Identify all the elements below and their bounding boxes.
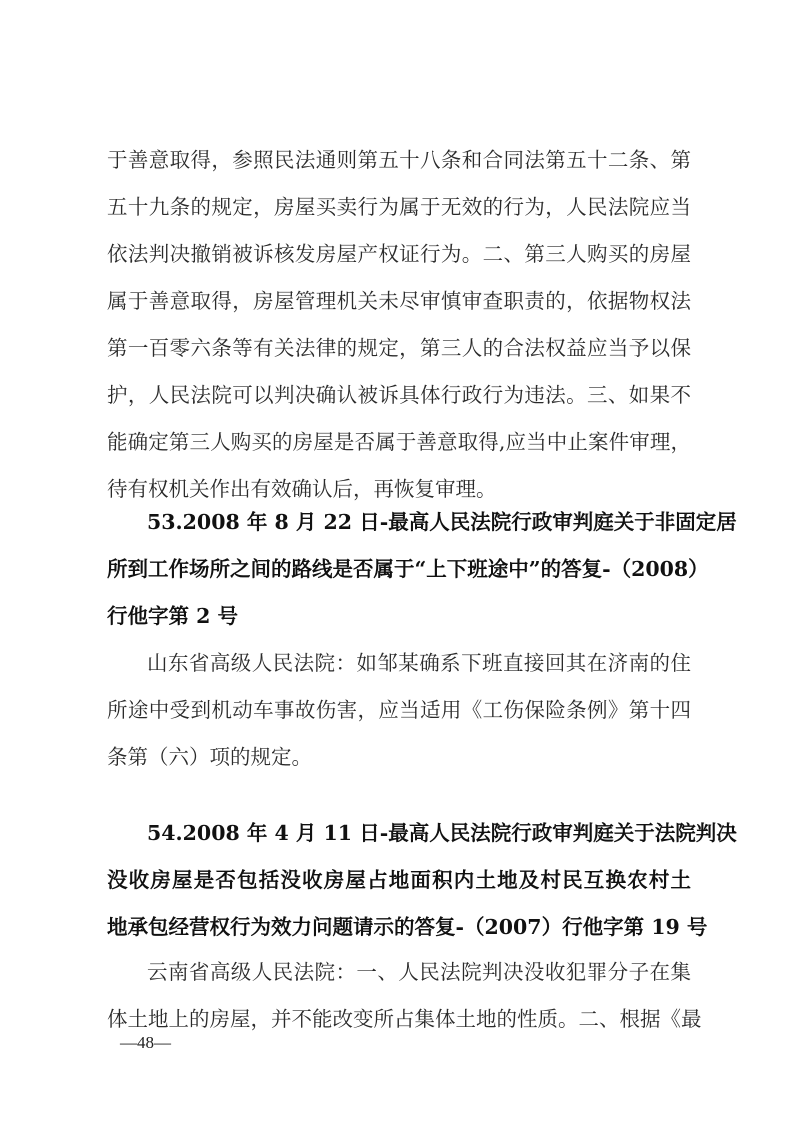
item-54-body-line: 体土地上的房屋，并不能改变所占集体土地的性质。二、根据《最 [107,1004,691,1034]
item-53-body-line: 山东省高级人民法院：如邹某确系下班直接回其在济南的住 [147,648,691,678]
paragraph-line: 护，人民法院可以判决确认被诉具体行政行为违法。三、如果不 [107,380,691,410]
item-53-title-line: 所到工作场所之间的路线是否属于“上下班途中”的答复-（2008） [107,554,691,584]
item-54-title-line: 地承包经营权行为效力问题请示的答复-（2007）行他字第 19 号 [107,912,691,942]
item-53-title-line: 53.2008 年 8 月 22 日-最高人民法院行政审判庭关于非固定居 [147,507,691,537]
paragraph-line: 五十九条的规定，房屋买卖行为属于无效的行为，人民法院应当 [107,192,691,222]
item-53-body-line: 所途中受到机动车事故伤害，应当适用《工伤保险条例》第十四 [107,695,691,725]
item-54-title-line: 没收房屋是否包括没收房屋占地面积内土地及村民互换农村土 [107,865,691,895]
page-number: —48— [120,1033,171,1053]
item-53-body-line: 条第（六）项的规定。 [107,742,691,772]
paragraph-line: 待有权机关作出有效确认后，再恢复审理。 [107,474,691,504]
paragraph-line: 依法判决撤销被诉核发房屋产权证行为。二、第三人购买的房屋 [107,239,691,269]
paragraph-line: 第一百零六条等有关法律的规定，第三人的合法权益应当予以保 [107,333,691,363]
item-53-title-line: 行他字第 2 号 [107,601,691,631]
paragraph-line: 能确定第三人购买的房屋是否属于善意取得,应当中止案件审理， [107,427,691,457]
paragraph-line: 属于善意取得，房屋管理机关未尽审慎审查职责的，依据物权法 [107,286,691,316]
item-54-title-line: 54.2008 年 4 月 11 日-最高人民法院行政审判庭关于法院判决 [147,818,691,848]
paragraph-line: 于善意取得，参照民法通则第五十八条和合同法第五十二条、第 [107,145,691,175]
item-54-body-line: 云南省高级人民法院：一、人民法院判决没收犯罪分子在集 [147,957,691,987]
